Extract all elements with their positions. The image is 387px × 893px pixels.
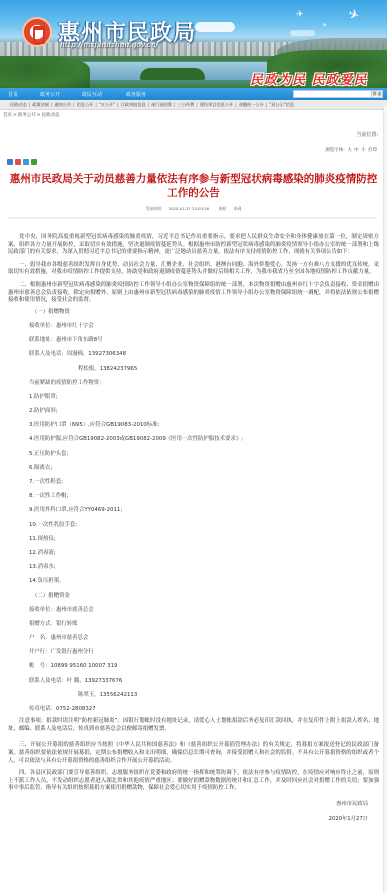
island-decoration: [140, 68, 205, 80]
subnav-item-budget[interactable]: 部门预决算: [151, 102, 172, 108]
cloud-decoration: [290, 30, 315, 36]
needs-item: 8.一次性工作帽;: [8, 489, 379, 503]
print-link[interactable]: 打印: [368, 148, 377, 153]
funds-receiver: 接收单位：惠州市慈善总会: [8, 603, 379, 617]
needs-item: 14.负压担架。: [8, 574, 379, 588]
seagull-icon: ✈: [346, 7, 361, 25]
materials-address: 联系地址：惠州市下角东路8号: [8, 333, 379, 347]
intro-paragraph: 党中央、国务院高度重视新型冠状病毒感染的肺炎疫情，习近平总书记作出重要指示，要求…: [8, 234, 379, 257]
section-heading-funds: （二）捐赠资金: [8, 589, 379, 603]
subnav-item-info-disclosure[interactable]: 信息公开: [77, 102, 94, 108]
sub-nav: 民政动态| 政策法规| 通知公告| 信息公开| "五公开"| 行政审批信息| 部…: [0, 100, 387, 110]
font-size-label: 浏览字体:: [325, 148, 345, 153]
needs-item: 13.消毒水;: [8, 560, 379, 574]
needs-item: 1.防护眼罩;: [8, 390, 379, 404]
nav-item-home[interactable]: 首页: [8, 91, 18, 98]
paragraph-one: 一、倡导我市各级慈善组织发挥自身优势、动员社会力量、汇聚企业、社会组织、港澳台同…: [8, 262, 379, 277]
subnav-item-random-inspection[interactable]: 双随机一公开: [239, 102, 264, 108]
subnav-item-news[interactable]: 民政动态: [10, 102, 27, 108]
article-title: 惠州市民政局关于动员慈善力量依法有序参与新型冠状病毒感染的肺炎疫情防控工作的公告: [0, 172, 387, 200]
font-size-medium[interactable]: 中: [354, 148, 359, 153]
trees-decoration: [0, 56, 90, 88]
funds-fax: 传真电话：0752-2808327: [8, 702, 379, 716]
section-heading-materials: （一）捐赠物资: [8, 305, 379, 319]
bird-icon: ✈: [322, 22, 327, 29]
funds-method: 捐赠方式：银行转账: [8, 617, 379, 631]
divider: |: [235, 102, 236, 107]
divider: |: [29, 102, 30, 107]
needs-item: 3.医用防护口罩（N95）,应符合GB19083-2010标准;: [8, 418, 379, 432]
needs-item: 12.消毒液;: [8, 546, 379, 560]
subnav-item-policies[interactable]: 政策法规: [32, 102, 49, 108]
site-url: http://mzj.huizhou.gov.cn/: [60, 40, 158, 49]
divider: |: [51, 102, 52, 107]
divider: |: [117, 102, 118, 107]
paragraph-three: 三、开展公开募捐的慈善组织应当按照《中华人民共和国慈善法》和《慈善组织公开募捐管…: [8, 742, 379, 765]
funds-contact-2: 陈翠玉，13556242113: [8, 688, 379, 702]
divider: |: [73, 102, 74, 107]
signature-date: 2020年1月27日: [8, 812, 379, 827]
main-nav: 首页 政务公开 政民互动 政务服务 搜 索: [0, 88, 387, 100]
breadcrumb-home[interactable]: 首页: [3, 113, 12, 118]
publish-label: 发布时间：: [146, 206, 165, 211]
subnav-item-double-publicity[interactable]: "双公示"信息: [269, 102, 294, 108]
funds-account-number: 帐 号：10899 95160 10007 319: [8, 659, 379, 673]
breadcrumb-news[interactable]: 民政动态: [42, 113, 60, 118]
needs-heading: 当前紧缺的疫情防控工作物资：: [8, 376, 379, 390]
breadcrumb-gov-affairs[interactable]: 政务公开: [18, 113, 36, 118]
needs-item: 9.医用外科口罩,应符合YY0469-2011;: [8, 503, 379, 517]
utility-bar: 当前位置: 浏览字体: 大 中 小 打印: [0, 119, 387, 164]
subnav-item-three-expenses[interactable]: 三公经费: [178, 102, 195, 108]
needs-item: 4.医用防护服,应符合GB19082-2003或GB19082-2009《医用一…: [8, 432, 379, 446]
share-bar: [7, 159, 37, 165]
font-size-small[interactable]: 小: [361, 148, 366, 153]
divider: |: [266, 102, 267, 107]
breadcrumb-separator: >: [37, 113, 41, 118]
title-divider: [8, 217, 377, 219]
font-size-controls: 浏览字体: 大 中 小 打印: [324, 147, 377, 153]
funds-note: 注意事项：捐款时请注明“防控新冠肺炎”。因银行划帐时没有地址记录，请爱心人士划账…: [8, 718, 379, 733]
civil-affairs-logo-icon[interactable]: [22, 17, 52, 47]
cloud-decoration: [195, 22, 235, 32]
divider: |: [174, 102, 175, 107]
nav-item-gov-affairs[interactable]: 政务公开: [40, 91, 60, 98]
share-wechat-icon[interactable]: [31, 159, 37, 165]
needs-item: 5.正压防护头套;: [8, 447, 379, 461]
share-plus-icon[interactable]: [7, 159, 13, 165]
subnav-item-five-disclosures[interactable]: "五公开": [99, 102, 115, 108]
search-box: 搜 索: [293, 90, 383, 98]
funds-contact: 联系人及电话：叶 璐，13927337676: [8, 674, 379, 688]
materials-contact: 联系人及电话：周漫棉，13927306348: [8, 347, 379, 361]
needs-item: 7.一次性鞋套;: [8, 475, 379, 489]
breadcrumb: 首页>政务公开>民政动态: [0, 110, 387, 119]
slogan: 民政为民 民政爱民: [250, 69, 368, 88]
search-input[interactable]: [293, 90, 371, 98]
source-value: 本网: [234, 206, 242, 211]
divider: |: [95, 102, 96, 107]
subnav-item-approval-info[interactable]: 行政审批信息: [121, 102, 146, 108]
page-scrollbar[interactable]: [383, 106, 387, 893]
nav-item-interaction[interactable]: 政民互动: [82, 91, 102, 98]
paragraph-two: 二、根据惠州市新型冠状病毒感染的肺炎疫情防控工作领导小组办公室物资保障组的统一部…: [8, 282, 379, 305]
share-qzone-icon[interactable]: [23, 159, 29, 165]
funds-account-name: 户 名：惠州市慈善总会: [8, 631, 379, 645]
breadcrumb-separator: >: [13, 113, 17, 118]
divider: |: [196, 102, 197, 107]
subnav-item-notices[interactable]: 通知公告: [54, 102, 71, 108]
materials-receiver: 接收单位：惠州市红十字会: [8, 319, 379, 333]
nav-item-services[interactable]: 政务服务: [126, 91, 146, 98]
share-weibo-icon[interactable]: [15, 159, 21, 165]
bird-icon: ✈: [296, 10, 304, 20]
needs-item: 10.一次性乳胶手套;: [8, 518, 379, 532]
needs-item: 2.防护面屏;: [8, 404, 379, 418]
needs-item: 6.隔离衣;: [8, 461, 379, 475]
font-size-large[interactable]: 大: [347, 148, 352, 153]
needs-item: 11.探热仪;: [8, 532, 379, 546]
publish-time: 2020-01-27 23:03:28: [169, 206, 209, 211]
article-body: 党中央、国务院高度重视新型冠状病毒感染的肺炎疫情，习近平总书记作出重要指示，要求…: [0, 234, 387, 827]
current-location-label: 当前位置:: [356, 131, 378, 138]
source-label: 来源：: [218, 206, 229, 211]
article-meta: 发布时间：2020-01-27 23:03:28 来源：本网: [0, 206, 387, 212]
site-banner: ✈ ✈ ✈ 惠州市民政局 http://mzj.huizhou.gov.cn/ …: [0, 0, 387, 88]
paragraph-four: 四、各县区民政部门要引导慈善组织、志愿服务组织在党委和政府的统一指挥和统筹协调下…: [8, 770, 379, 793]
signature: 惠州市民政局: [8, 797, 379, 812]
divider: |: [148, 102, 149, 107]
materials-contact-2: 程松根，13824237965: [8, 362, 379, 376]
search-button[interactable]: 搜 索: [371, 90, 383, 98]
subnav-item-construction[interactable]: 建设项目信息公开: [200, 102, 234, 108]
funds-bank: 开户行：广发银行惠州分行: [8, 645, 379, 659]
